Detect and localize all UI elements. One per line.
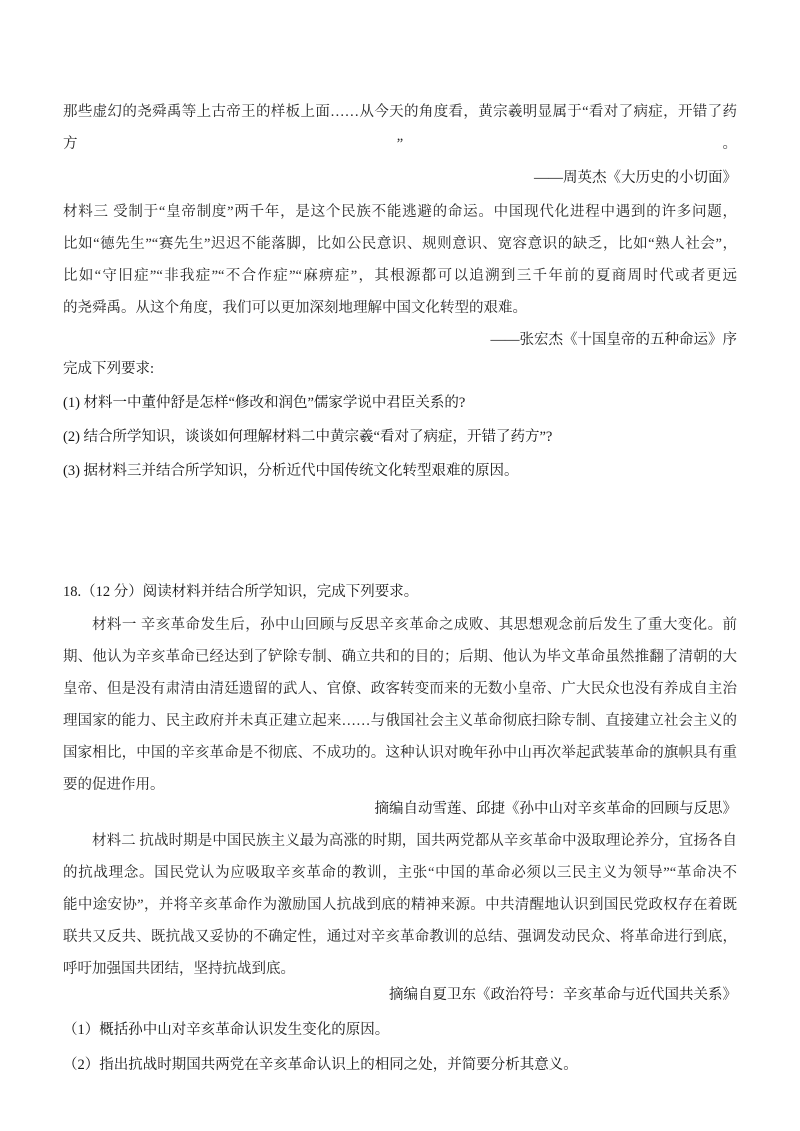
q18-question-list: （1）概括孙中山对辛亥革命认识发生变化的原因。 （2）指出抗战时期国共两党在辛亥…	[63, 1013, 737, 1083]
q17-subquestion-3: (3) 据材料三并结合所学知识，分析近代中国传统文化转型艰难的原因。	[63, 454, 737, 488]
exam-content: 那些虚幻的尧舜禹等上古帝王的样板上面……从今天的角度看，黄宗羲明显属于“看对了病…	[0, 0, 800, 1083]
material-3-paragraph: 材料三 受制于“皇帝制度”两千年，是这个民族不能逃避的命运。中国现代化进程中遇到…	[63, 196, 737, 324]
text-line: 的抗战理念。国民党认为应吸取辛亥革命的教训，主张“中国的革命必须以三民主义为领导…	[63, 857, 737, 889]
text-line: 期、他认为辛亥革命已经达到了铲除专制、确立共和的目的；后期、他认为毕文革命虽然推…	[63, 641, 737, 673]
material-1-paragraph: 材料一 辛亥革命发生后，孙中山回顾与反思辛亥革命之成败、其思想观念前后发生了重大…	[63, 609, 737, 801]
material-2-paragraph: 材料二 抗战时期是中国民族主义最为高涨的时期，国共两党都从辛亥革命中汲取理论养分…	[63, 825, 737, 985]
section-gap	[63, 488, 737, 575]
q17-question-list: (1) 材料一中董仲舒是怎样“修改和润色”儒家学说中君臣关系的? (2) 结合所…	[63, 386, 737, 488]
q17-subquestion-2: (2) 结合所学知识，谈谈如何理解材料二中黄宗羲“看对了病症，开错了药方”?	[63, 420, 737, 454]
citation-xia-weidong: 摘编自夏卫东《政治符号：辛亥革命与近代国共关系》	[63, 981, 737, 1009]
q18-subquestion-2: （2）指出抗战时期国共两党在辛亥革命认识上的相同之处，并简要分析其意义。	[63, 1048, 737, 1083]
text-line: 材料三 受制于“皇帝制度”两千年，是这个民族不能逃避的命运。中国现代化进程中遇到…	[63, 196, 737, 228]
text-line: 国家相比，中国的辛亥革命是不彻底、不成功的。这种认识对晚年孙中山再次举起武装革命…	[63, 737, 737, 769]
q18-subquestion-1: （1）概括孙中山对辛亥革命认识发生变化的原因。	[63, 1013, 737, 1048]
q17-subquestion-1: (1) 材料一中董仲舒是怎样“修改和润色”儒家学说中君臣关系的?	[63, 386, 737, 420]
text-line: 能中途安协”，并将辛亥革命作为激励国人抗战到底的精神来源。中共清醒地认识到国民党…	[63, 889, 737, 921]
text-line: 材料一 辛亥革命发生后，孙中山回顾与反思辛亥革命之成败、其思想观念前后发生了重大…	[63, 609, 737, 641]
text-line: 材料二 抗战时期是中国民族主义最为高涨的时期，国共两党都从辛亥革命中汲取理论养分…	[63, 825, 737, 857]
text-line: 理国家的能力、民主政府并未真正建立起来……与俄国社会主义革命彻底扫除专制、直接建…	[63, 705, 737, 737]
citation-zhou-yingjie: ——周英杰《大历史的小切面》	[63, 162, 737, 194]
text-line: 比如“德先生”“赛先生”迟迟不能落脚，比如公民意识、规则意识、宽容意识的缺乏，比…	[63, 228, 737, 260]
question-18-heading: 18.（12 分）阅读材料并结合所学知识，完成下列要求。	[63, 575, 737, 609]
exam-page: 那些虚幻的尧舜禹等上古帝王的样板上面……从今天的角度看，黄宗羲明显属于“看对了病…	[0, 0, 800, 1131]
text-line: 皇帝、但是没有肃清由清廷遗留的武人、官僚、政客转变而来的无数小皇帝、广大民众也没…	[63, 673, 737, 705]
material-2-last-line: 那些虚幻的尧舜禹等上古帝王的样板上面……从今天的角度看，黄宗羲明显属于“看对了病…	[63, 96, 737, 160]
text-line: 比如“守旧症”“非我症”“不合作症”“麻痹症”，其根源都可以追溯到三千年前的夏商…	[63, 260, 737, 292]
text-line: 的尧舜禹。从这个角度，我们可以更加深刻地理解中国文化转型的艰难。	[63, 292, 737, 324]
text-line: 联共又反共、既抗战又妥协的不确定性，通过对辛亥革命教训的总结、强调发动民众、将革…	[63, 921, 737, 953]
requirements-heading: 完成下列要求:	[63, 352, 737, 386]
